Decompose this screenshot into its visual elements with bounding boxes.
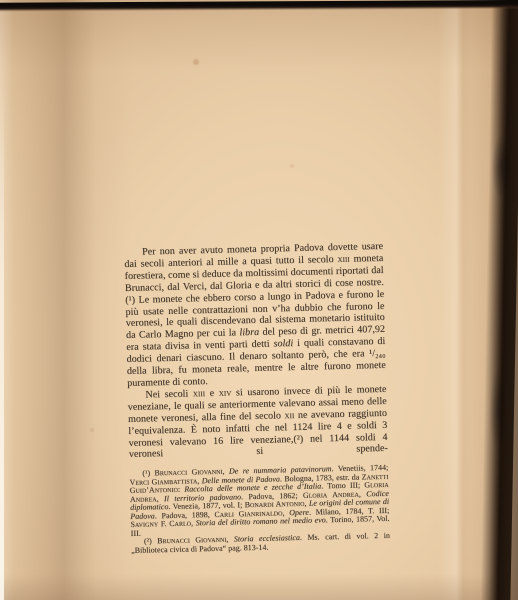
work-title-italic: libra [239, 327, 259, 338]
text-run: Nei secoli [145, 388, 193, 400]
page-text-block: Per non aver avuto moneta propria Padova… [124, 241, 390, 555]
paragraph-1: Per non aver avuto moneta propria Padova… [124, 241, 386, 390]
footnote-1: (¹) Brunacci Giovanni, De re nummaria pa… [129, 464, 390, 538]
work-title-italic: soldi [273, 338, 293, 349]
text-run: e [205, 388, 219, 399]
name-smallcaps: xiv [219, 387, 232, 398]
page-edge-highlight [0, 84, 4, 600]
name-smallcaps: xiii [193, 388, 206, 399]
footnote-2: (²) Brunacci Giovanni, Storia ecclesiast… [131, 532, 390, 555]
book-page: Per non aver avuto moneta propria Padova… [0, 0, 518, 600]
paragraph-2: Nei secoli xiii e xiv si usarono invece … [127, 384, 388, 462]
work-title-italic: Storia del diritto romano nel medio evo [196, 516, 326, 528]
name-smallcaps: xiii [337, 254, 350, 265]
book-scan-photo: Per non aver avuto moneta propria Padova… [0, 0, 518, 600]
footnotes: (¹) Brunacci Giovanni, De re nummaria pa… [129, 464, 390, 555]
